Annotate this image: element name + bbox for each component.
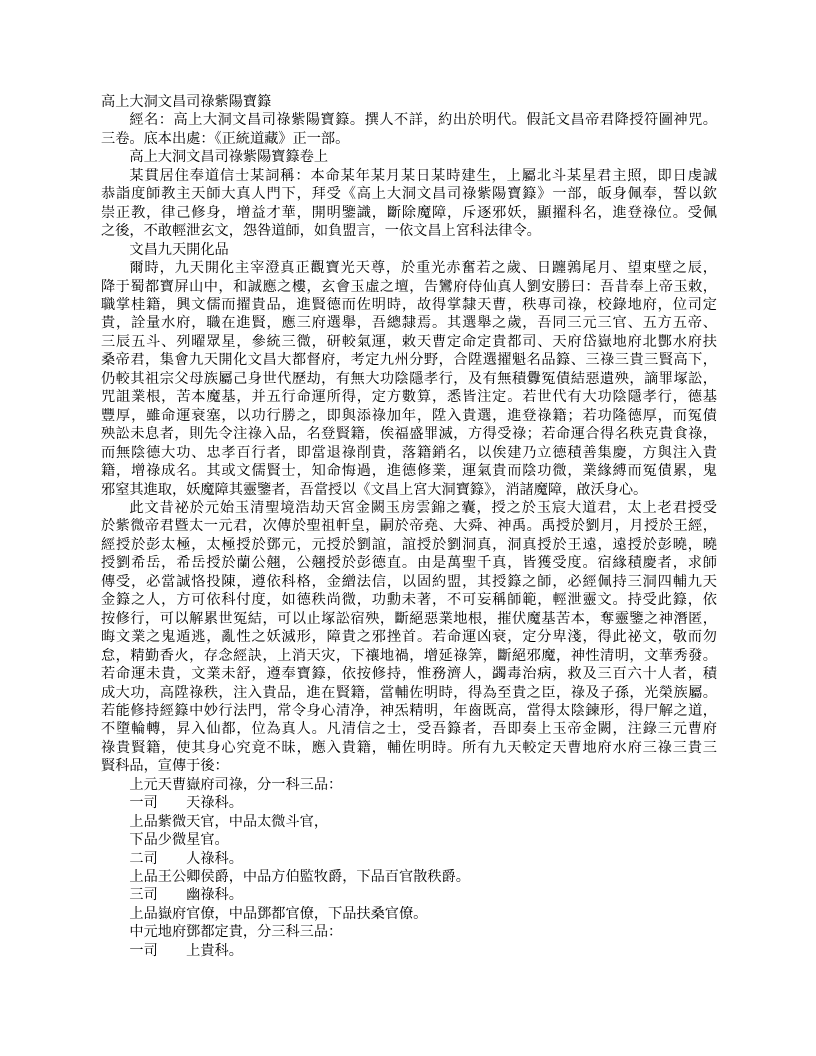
text-line: 降于蜀都寶屏山中，和誠應之樓，玄會玉虛之壇，告鸞府侍仙真人劉安勝曰：吾昔奉上帝玉… <box>101 278 717 296</box>
text-line: 恭詣度師教主天師大真人門下，拜受《高上大洞文昌司祿紫陽寶籙》一部，皈身佩奉，誓以… <box>101 185 717 203</box>
text-line: 文昌九天開化品 <box>101 241 717 259</box>
text-line: 之後，不敢輕泄玄文，怨咎道師，如負盟言，一依文昌上宮科法律令。 <box>101 222 717 240</box>
text-line: 一司 上貴科。 <box>101 942 717 960</box>
text-line: 貴，詮量水府，職在進賢，應三府選舉，吾總隸焉。其選舉之歲，吾同三元三官、五方五帝… <box>101 314 717 332</box>
text-line: 桑帝君，集會九天開化文昌大都督府，考定九州分野，合陞選擢魁名品籙、三祿三貴三賢高… <box>101 351 717 369</box>
text-line: 仍較其祖宗父母族屬己身世代歷劫，有無大功陰隱孝行，及有無積釁冤債結惡遺殃，謫罪塚… <box>101 370 717 388</box>
text-line: 中元地府鄧都定貴，分三科三品： <box>101 923 717 941</box>
document-lines: 高上大洞文昌司祿紫陽寶籙經名：高上大洞文昌司祿紫陽寶籙。撰人不詳，約出於明代。假… <box>101 93 717 960</box>
text-line: 咒詛業根，苦本魔基，并五行命運所得，定方數算，悉皆注定。若世代有大功陰隱孝行，德… <box>101 388 717 406</box>
text-line: 豐厚，雖命運衰塞，以功行勝之，即與添祿加年，陞入貴選，進登祿籍；若功隆德厚，而冤… <box>101 407 717 425</box>
text-line: 若能修持經籙中妙行法門，常令身心清净，神炁精明，年齒既高，當得太陰鍊形，得尸解之… <box>101 702 717 720</box>
text-line: 下品少微星官。 <box>101 831 717 849</box>
text-line: 上品王公卿侯爵，中品方伯監牧爵，下品百官散秩爵。 <box>101 868 717 886</box>
text-line: 上品紫微天官，中品太微斗官， <box>101 813 717 831</box>
text-line: 按修行，可以解累世冤結，可以止塚訟宿殃，斷絕惡業地根，摧伏魔基苦本，奪靈鑒之神潛… <box>101 610 717 628</box>
text-line: 經授於彭太極，太極授於鄧元，元授於劉誼，誼授於劉洞真，洞真授於王遠，遠授於彭曉，… <box>101 536 717 554</box>
text-line: 授劉希岳，希岳授於蘭公翹，公翹授於彭德直。由是萬聖千真，皆獲受度。宿緣積慶者，求… <box>101 554 717 572</box>
text-line: 經名：高上大洞文昌司祿紫陽寶籙。撰人不詳，約出於明代。假託文昌帝君降授符圖神咒。 <box>101 111 717 129</box>
text-line: 三司 幽祿科。 <box>101 886 717 904</box>
text-line: 職掌桂籍，興文儒而擢貴品，進賢德而佐明時，故得掌隸天曹，秩專司祿，校錄地府，位司… <box>101 296 717 314</box>
text-line: 不墮輪轉，昇入仙都，位為真人。凡清信之士，受吾籙者，吾即奏上玉帝金闕，注錄三元曹… <box>101 720 717 738</box>
text-line: 金籙之人，方可依科付度，如德秩尚微，功勳未著，不可妄稱師範，輕泄靈文。持受此籙，… <box>101 591 717 609</box>
text-line: 此文昔祕於元始玉清聖境浩劫天宮金闕玉房雲錦之囊，授之於玉宸大道君，太上老君授受 <box>101 499 717 517</box>
text-line: 爾時，九天開化主宰澄真正觀寶光天尊，於重光赤奮若之歲、日躔鶉尾月、望東壁之辰， <box>101 259 717 277</box>
text-line: 三卷。底本出處：《正統道藏》正一部。 <box>101 130 717 148</box>
text-line: 於紫微帝君暨太一元君，次傳於聖祖軒皇，嗣於帝堯、大舜、神禹。禹授於劉月，月授於王… <box>101 517 717 535</box>
text-line: 某貫居住奉道信士某詞稱：本命某年某月某日某時建生，上屬北斗某星君主照，即日虔誠 <box>101 167 717 185</box>
text-line: 晦文業之鬼遁逃，亂性之妖滅形，障貴之邪挫首。若命運凶衰，定分卑淺，得此祕文，敬而… <box>101 628 717 646</box>
text-line: 高上大洞文昌司祿紫陽寶籙卷上 <box>101 148 717 166</box>
text-line: 殃訟未息者，則先令注祿入品，名登賢籍，俟福盛罪滅，方得受祿；若命運合得名秩克貴食… <box>101 425 717 443</box>
text-line: 三辰五斗、列曜眾星，參統三微，研較氣運，敕天曹定命定貴都司、天府岱嶽地府北酆水府… <box>101 333 717 351</box>
text-line: 籍，增祿成名。其或文儒賢士，知命悔過，進德修業，運氣貴而陰功微，業緣縛而冤債累，… <box>101 462 717 480</box>
text-line: 一司 天祿科。 <box>101 794 717 812</box>
text-line: 祿貴賢籍，使其身心究竟不昧，應入貴籍，輔佐明時。所有九天較定天曹地府水府三祿三貴… <box>101 739 717 757</box>
text-line: 成大功，高陞祿秩，注入貴品，進在賢籍，當輔佐明時，得為至貴之臣，祿及子孫，光榮族… <box>101 684 717 702</box>
text-line: 二司 人祿科。 <box>101 850 717 868</box>
text-line: 怠，精勤香火，存念經訣，上消天灾，下禳地禍，增延祿筭，斷絕邪魔，神性清明，文華秀… <box>101 647 717 665</box>
text-line: 高上大洞文昌司祿紫陽寶籙 <box>101 93 717 111</box>
document-page: 高上大洞文昌司祿紫陽寶籙經名：高上大洞文昌司祿紫陽寶籙。撰人不詳，約出於明代。假… <box>0 0 816 1056</box>
text-line: 賢科品，宣傳于後： <box>101 757 717 775</box>
text-line: 上元天曹嶽府司祿，分一科三品： <box>101 776 717 794</box>
text-line: 上品嶽府官僚，中品鄧都官僚，下品扶桑官僚。 <box>101 905 717 923</box>
text-line: 崇正教，律己修身，增益才華，開明鑒識，斷除魔障，斥逐邪妖，顯擢科名，進登祿位。受… <box>101 204 717 222</box>
text-line: 若命運未貴，文業未舒，遵奉寶籙，依按修持，惟務濟人，蠲毒治病，救及三百六十人者，… <box>101 665 717 683</box>
text-line: 傳受，必當誠恪投陳，遵依科格，金繒法信，以固約盟，其授籙之師，必經佩持三洞四輔九… <box>101 573 717 591</box>
text-line: 邪窒其進取，妖魔障其靈鑒者，吾當授以《文昌上宮大洞寶籙》，消諸魔障，啟沃身心。 <box>101 481 717 499</box>
text-line: 而無陰德大功、忠孝百行者，即當退祿削貴，落籍銷名，以俟建乃立德積善集慶，方與注入… <box>101 444 717 462</box>
